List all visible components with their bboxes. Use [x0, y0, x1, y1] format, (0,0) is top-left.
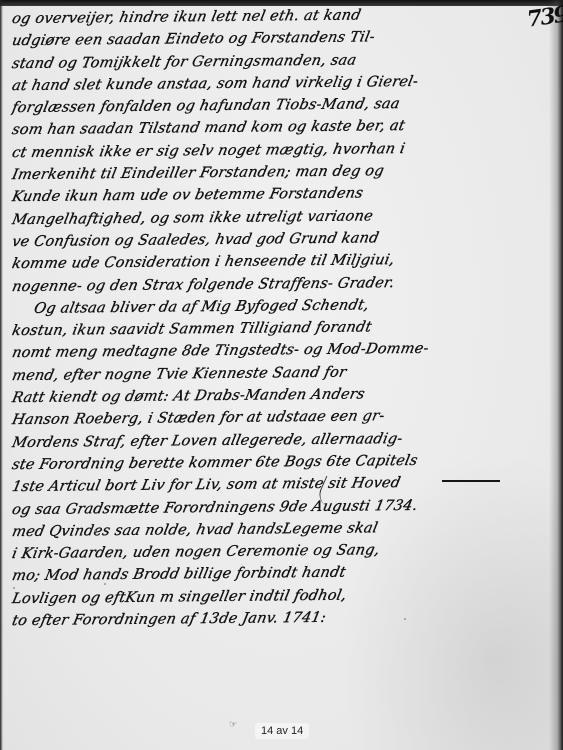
document-viewer: 739 og overveijer, hindre ikun lett nel … — [0, 0, 563, 750]
text-line: to efter Forordningen af 13de Janv. 1741… — [10, 604, 552, 632]
paper-speck — [261, 571, 263, 573]
paper-speck — [404, 618, 406, 620]
hand-cursor-icon: ☞ — [229, 721, 237, 729]
paper-speck — [104, 583, 106, 585]
manuscript-page: 739 og overveijer, hindre ikun lett nel … — [0, 0, 563, 750]
closing-line-rule — [442, 480, 500, 482]
page-left-edge — [0, 0, 3, 750]
handwritten-text-block: og overveijer, hindre ikun lett nel eth.… — [12, 8, 548, 632]
page-indicator: 14 av 14 — [255, 723, 309, 739]
paper-speck — [94, 530, 96, 532]
paper-speck — [13, 587, 15, 589]
